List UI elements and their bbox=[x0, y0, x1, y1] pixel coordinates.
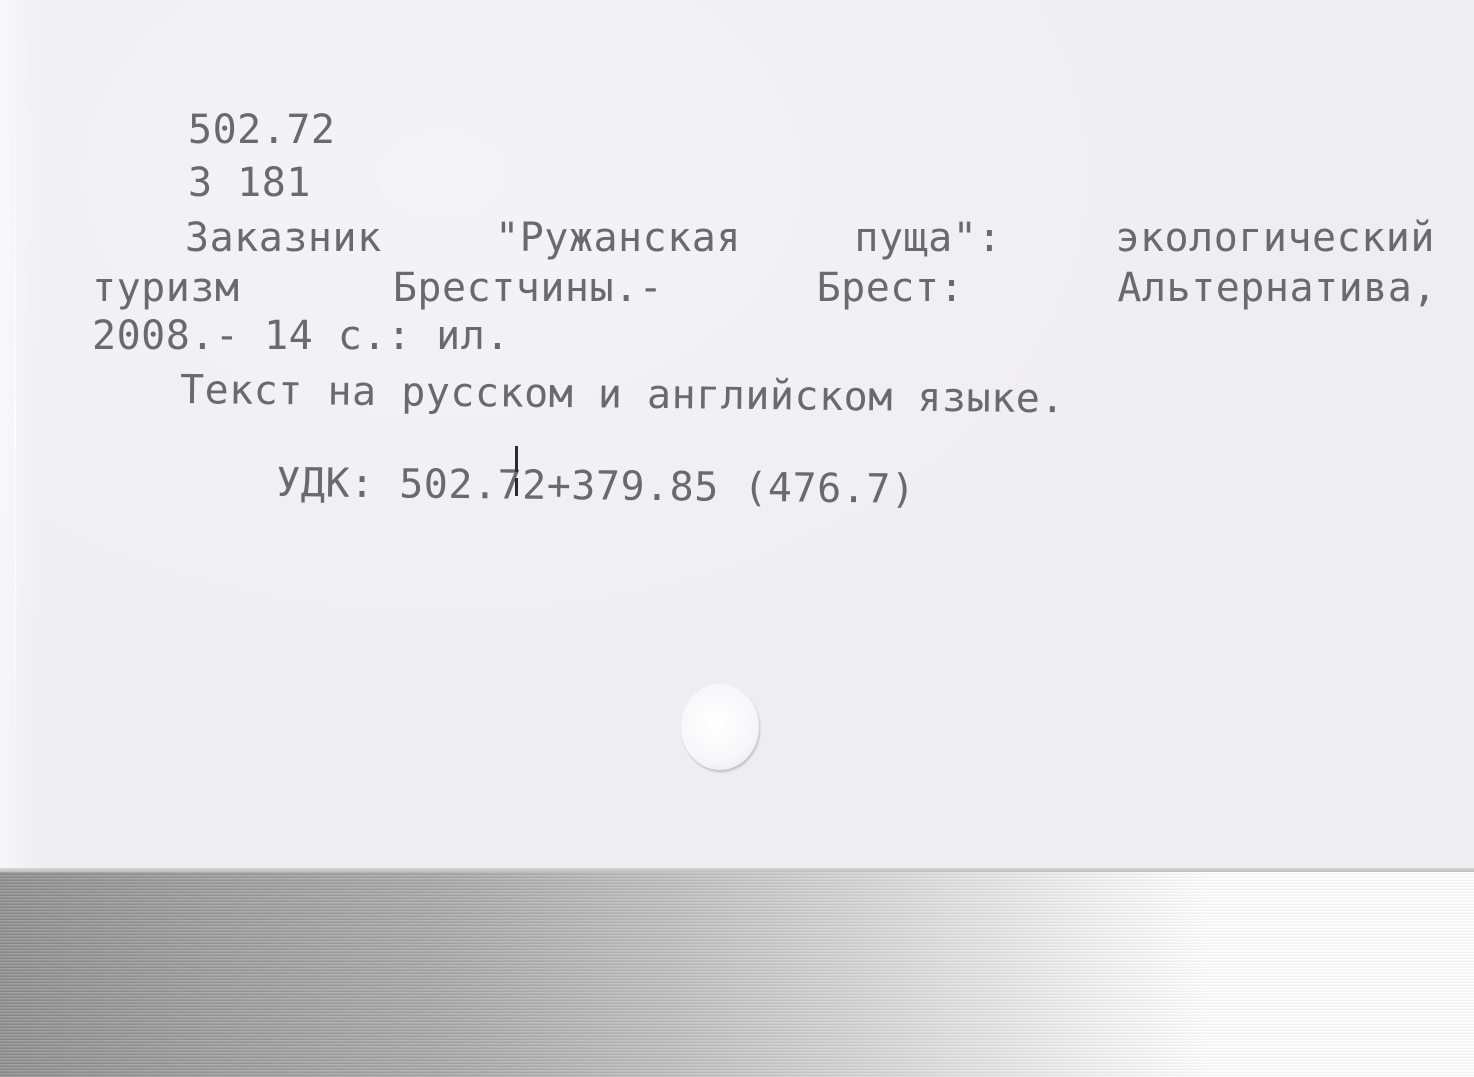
title-word: пуща": bbox=[854, 218, 1002, 258]
catalog-card: 502.72 З 181 Заказник "Ружанская пуща": … bbox=[0, 0, 1474, 872]
title-line-2: туризм Брестчины.- Брест: Альтернатива, bbox=[92, 268, 1437, 308]
scanner-background-strip bbox=[0, 872, 1474, 1077]
title-word: Брест: bbox=[817, 268, 965, 308]
title-word: Заказник bbox=[185, 218, 382, 258]
title-word: "Ружанская bbox=[495, 218, 741, 258]
card-left-edge bbox=[14, 0, 16, 872]
language-note: Текст на русском и английском языке. bbox=[180, 370, 1065, 419]
udc-value: 502.72+379.85 (476.7) bbox=[399, 461, 916, 512]
udc-line: УДК: 502.72+379.85 (476.7) bbox=[177, 422, 916, 550]
title-word: экологический bbox=[1115, 218, 1435, 258]
pen-mark-upper bbox=[515, 446, 518, 472]
title-word: Брестчины.- bbox=[393, 268, 663, 308]
title-word: туризм bbox=[92, 268, 240, 308]
title-line-1: Заказник "Ружанская пуща": экологический bbox=[185, 218, 1435, 258]
punch-hole bbox=[681, 684, 759, 770]
imprint-line: 2008.- 14 с.: ил. bbox=[92, 316, 510, 356]
author-mark: З 181 bbox=[188, 163, 311, 203]
title-word: Альтернатива, bbox=[1117, 268, 1437, 308]
udc-label: УДК: bbox=[276, 460, 375, 507]
classification-number: 502.72 bbox=[188, 110, 336, 150]
pen-mark-lower bbox=[515, 478, 518, 496]
